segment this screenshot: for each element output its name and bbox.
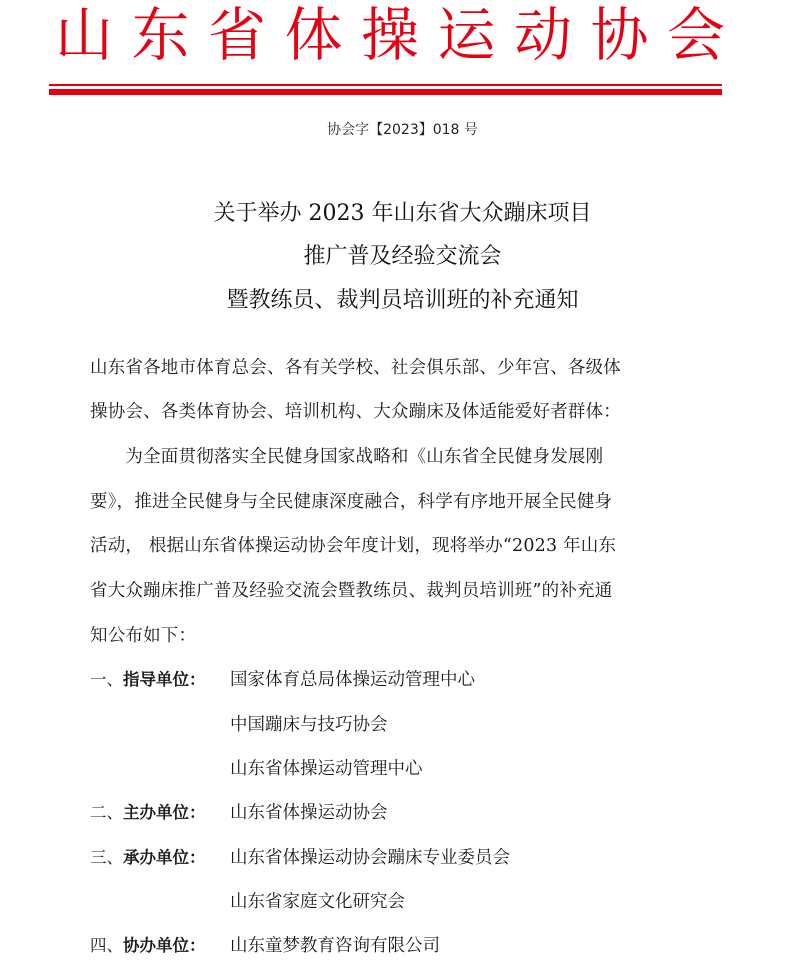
salutation-line-2: 操协会、各类体育协会、培训机构、大众蹦床及体适能爱好者群体： [90, 398, 621, 423]
item-number: 二、 [90, 803, 123, 822]
item-value: 山东省体操运动管理中心 [230, 755, 423, 780]
letterhead-divider-thin [49, 84, 722, 86]
item-label: 指导单位： [123, 670, 206, 689]
org-title-char: 会 [662, 2, 730, 68]
org-title-char: 体 [280, 2, 348, 68]
org-letterhead-title: 山 东 省 体 操 运 动 协 会 [50, 2, 730, 68]
org-title-char: 协 [586, 2, 654, 68]
notice-title-line-1: 关于举办 2023 年山东省大众蹦床项目 [0, 196, 805, 227]
org-title-char: 操 [356, 2, 424, 68]
item-label: 承办单位： [123, 848, 206, 867]
notice-title-line-3: 暨教练员、裁判员培训班的补充通知 [0, 283, 805, 314]
item-guiding-units: 一、指导单位： 国家体育总局体操运动管理中心 [90, 666, 206, 690]
org-title-char: 省 [203, 2, 271, 68]
item-label: 主办单位： [123, 803, 206, 822]
item-number: 四、 [90, 936, 123, 955]
org-title-char: 山 [50, 2, 118, 68]
notice-title-line-2: 推广普及经验交流会 [0, 239, 805, 270]
org-title-char: 东 [127, 2, 195, 68]
letterhead-divider-thick [49, 89, 722, 95]
salutation-line-1: 山东省各地市体育总会、各有关学校、社会俱乐部、少年宫、各级体 [90, 354, 621, 379]
item-value: 山东省家庭文化研究会 [230, 888, 405, 913]
item-value: 中国蹦床与技巧协会 [230, 711, 388, 736]
item-number: 一、 [90, 670, 123, 689]
item-value: 山东省体操运动协会 [230, 799, 388, 824]
item-value: 山东童梦教育咨询有限公司 [230, 932, 440, 957]
body-line-2: 要》，推进全民健身与全民健康深度融合，科学有序地开展全民健身 [90, 488, 612, 513]
item-number: 三、 [90, 848, 123, 867]
body-line-4: 省大众蹦床推广普及经验交流会暨教练员、裁判员培训班”的补充通 [90, 577, 612, 602]
org-title-char: 运 [433, 2, 501, 68]
org-title-char: 动 [509, 2, 577, 68]
body-line-1: 为全面贯彻落实全民健身国家战略和《山东省全民健身发展刚 [90, 443, 603, 468]
document-number: 协会字【2023】018 号 [0, 119, 805, 139]
item-co-organizing-unit: 四、协办单位： 山东童梦教育咨询有限公司 [90, 932, 206, 956]
body-line-5: 知公布如下： [90, 622, 196, 647]
item-value: 国家体育总局体操运动管理中心 [230, 666, 475, 691]
item-label: 协办单位： [123, 936, 206, 955]
item-organizing-units: 三、承办单位： 山东省体操运动协会蹦床专业委员会 [90, 844, 206, 868]
item-host-unit: 二、主办单位： 山东省体操运动协会 [90, 799, 206, 823]
item-value: 山东省体操运动协会蹦床专业委员会 [230, 844, 510, 869]
body-line-3: 活动， 根据山东省体操运动协会年度计划，现将举办“2023 年山东 [90, 532, 616, 557]
